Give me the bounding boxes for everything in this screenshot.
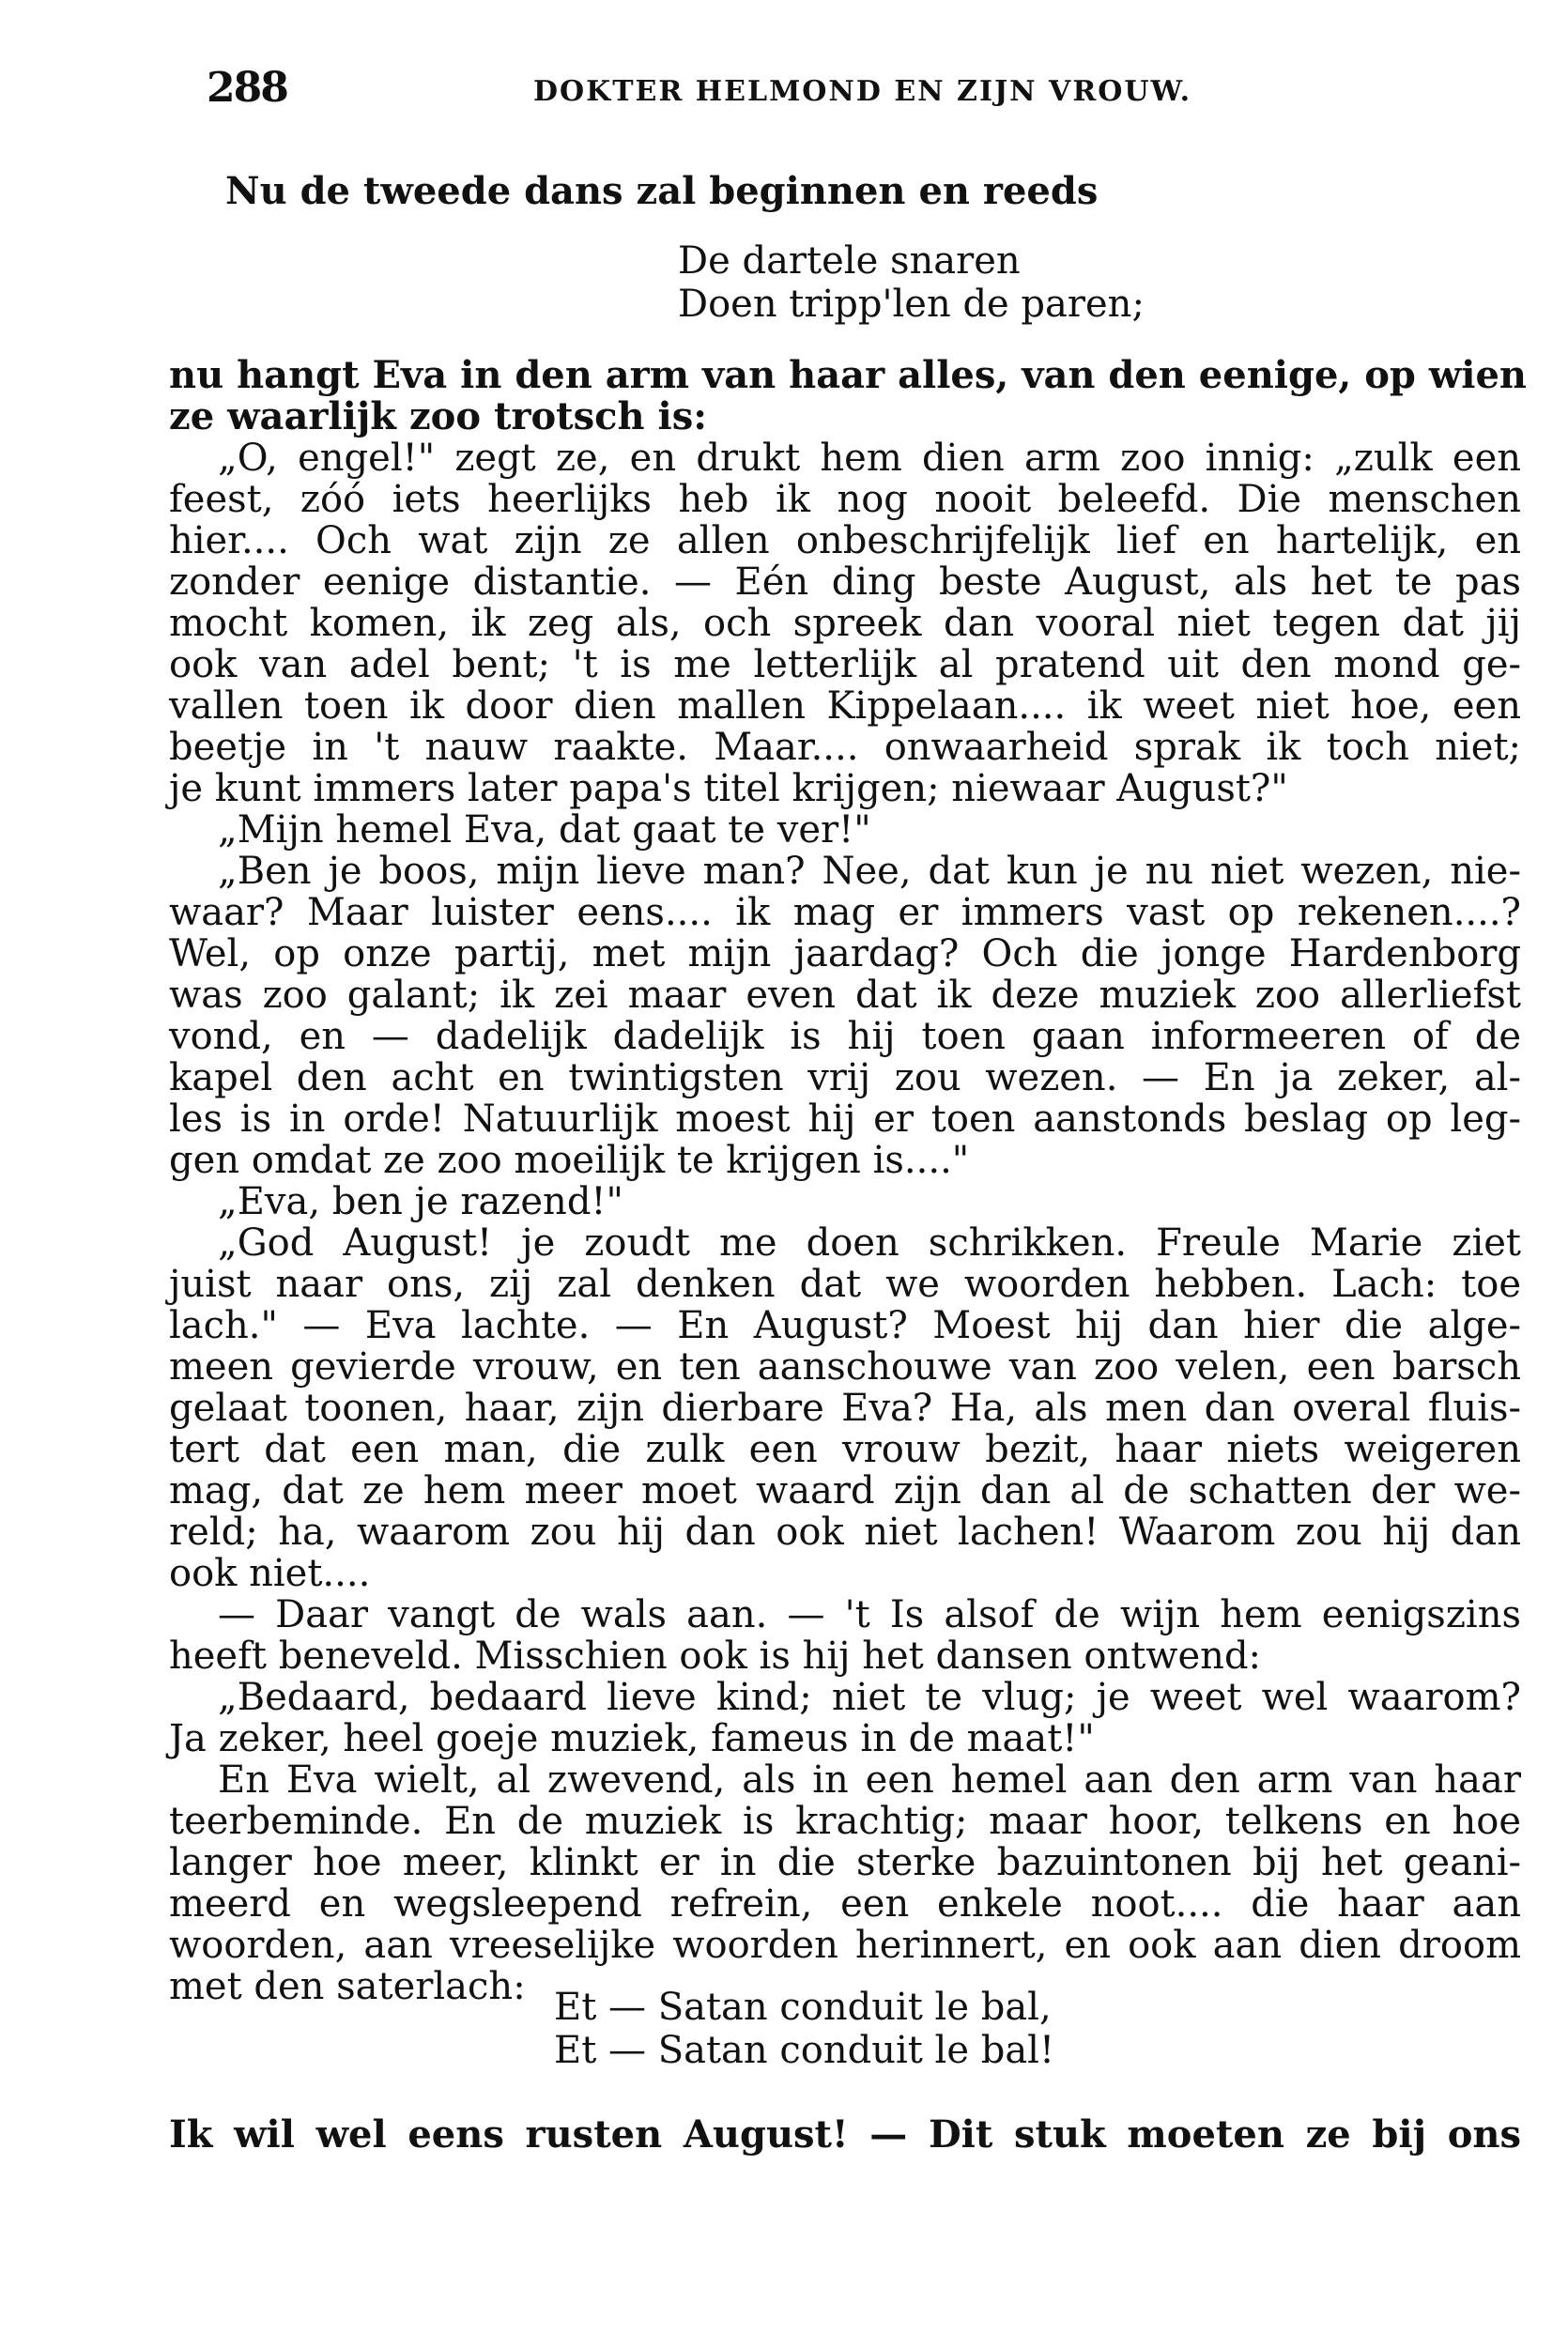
text-line: Wel, op onze partij, met mijn jaardag? O…: [169, 933, 1521, 975]
text-line: waar? Maar luister eens.... ik mag er im…: [169, 892, 1521, 933]
text-line: „O, engel!" zegt ze, en drukt hem dien a…: [169, 438, 1521, 479]
text-line: teerbeminde. En de muziek is krachtig; m…: [169, 1801, 1521, 1842]
page-header: 288 DOKTER HELMOND EN ZIJN VROUW.: [207, 64, 1540, 120]
verse-line: Doen tripp'len de paren;: [678, 283, 1145, 326]
text-line: ook van adel bent; 't is me letterlijk a…: [169, 644, 1521, 685]
text-line: lach." — Eva lachte. — En August? Moest …: [169, 1305, 1521, 1346]
text-line: — Daar vangt de wals aan. — 't Is alsof …: [169, 1594, 1521, 1635]
text-line: zonder eenige distantie. — Eén ding best…: [169, 561, 1521, 603]
text-line: langer hoe meer, klinkt er in die sterke…: [169, 1842, 1521, 1883]
text-line: meen gevierde vrouw, en ten aanschouwe v…: [169, 1346, 1521, 1388]
text-line: woorden, aan vreeselijke woorden herinne…: [169, 1925, 1521, 1966]
text-line: was zoo galant; ik zei maar even dat ik …: [169, 975, 1521, 1016]
text-line: „Mijn hemel Eva, dat gaat te ver!": [169, 809, 1521, 851]
text-line: gen omdat ze zoo moeilijk te krijgen is.…: [169, 1140, 1521, 1181]
text-line: nu hangt Eva in den arm van haar alles, …: [169, 355, 1521, 396]
opening-line: Nu de tweede dans zal beginnen en reeds: [225, 171, 1568, 212]
verse-line: Et — Satan conduit le bal!: [554, 2029, 1054, 2072]
book-page: 288 DOKTER HELMOND EN ZIJN VROUW. Nu de …: [0, 0, 1568, 2349]
text-line: vond, en — dadelijk dadelijk is hij toen…: [169, 1016, 1521, 1057]
text-line: hier.... Och wat zijn ze allen onbeschri…: [169, 520, 1521, 561]
text-line: ook niet....: [169, 1553, 1521, 1594]
text-line: „God August! je zoudt me doen schrikken.…: [169, 1222, 1521, 1264]
text-line: „Ben je boos, mijn lieve man? Nee, dat k…: [169, 851, 1521, 892]
text-line: kapel den acht en twintigsten vrij zou w…: [169, 1057, 1521, 1098]
running-title: DOKTER HELMOND EN ZIJN VROUW.: [533, 75, 1191, 108]
text-line: tert dat een man, die zulk een vrouw bez…: [169, 1429, 1521, 1470]
text-line: ze waarlijk zoo trotsch is:: [169, 396, 1521, 438]
verse-stanza-1: De dartele snaren Doen tripp'len de pare…: [678, 239, 1145, 326]
text-line: gelaat toonen, haar, zijn dierbare Eva? …: [169, 1388, 1521, 1429]
text-line: reld; ha, waarom zou hij dan ook niet la…: [169, 1512, 1521, 1553]
text-line: Nu de tweede dans zal beginnen en reeds: [225, 171, 1568, 212]
text-line: Ja zeker, heel goeje muziek, fameus in d…: [169, 1718, 1521, 1759]
closing-line: Ik wil wel eens rusten August! — Dit stu…: [169, 2114, 1521, 2156]
verse-stanza-2: Et — Satan conduit le bal, Et — Satan co…: [554, 1986, 1054, 2072]
text-line: Ik wil wel eens rusten August! — Dit stu…: [169, 2114, 1521, 2156]
text-line: „Eva, ben je razend!": [169, 1181, 1521, 1222]
text-line: les is in orde! Natuurlijk moest hij er …: [169, 1098, 1521, 1140]
page-number: 288: [207, 64, 287, 112]
text-line: En Eva wielt, al zwevend, als in een hem…: [169, 1759, 1521, 1801]
text-line: vallen toen ik door dien mallen Kippelaa…: [169, 685, 1521, 727]
text-line: beetje in 't nauw raakte. Maar.... onwaa…: [169, 727, 1521, 768]
text-line: juist naar ons, zij zal denken dat we wo…: [169, 1264, 1521, 1305]
text-line: feest, zóó iets heerlijks heb ik nog noo…: [169, 479, 1521, 520]
verse-line: Et — Satan conduit le bal,: [554, 1986, 1054, 2029]
body-text: nu hangt Eva in den arm van haar alles, …: [169, 355, 1521, 2007]
text-line: je kunt immers later papa's titel krijge…: [169, 768, 1521, 809]
text-line: „Bedaard, bedaard lieve kind; niet te vl…: [169, 1677, 1521, 1718]
text-line: mag, dat ze hem meer moet waard zijn dan…: [169, 1470, 1521, 1512]
text-line: heeft beneveld. Misschien ook is hij het…: [169, 1635, 1521, 1677]
verse-line: De dartele snaren: [678, 239, 1145, 283]
text-line: meerd en wegsleepend refrein, een enkele…: [169, 1883, 1521, 1925]
text-line: mocht komen, ik zeg als, och spreek dan …: [169, 603, 1521, 644]
